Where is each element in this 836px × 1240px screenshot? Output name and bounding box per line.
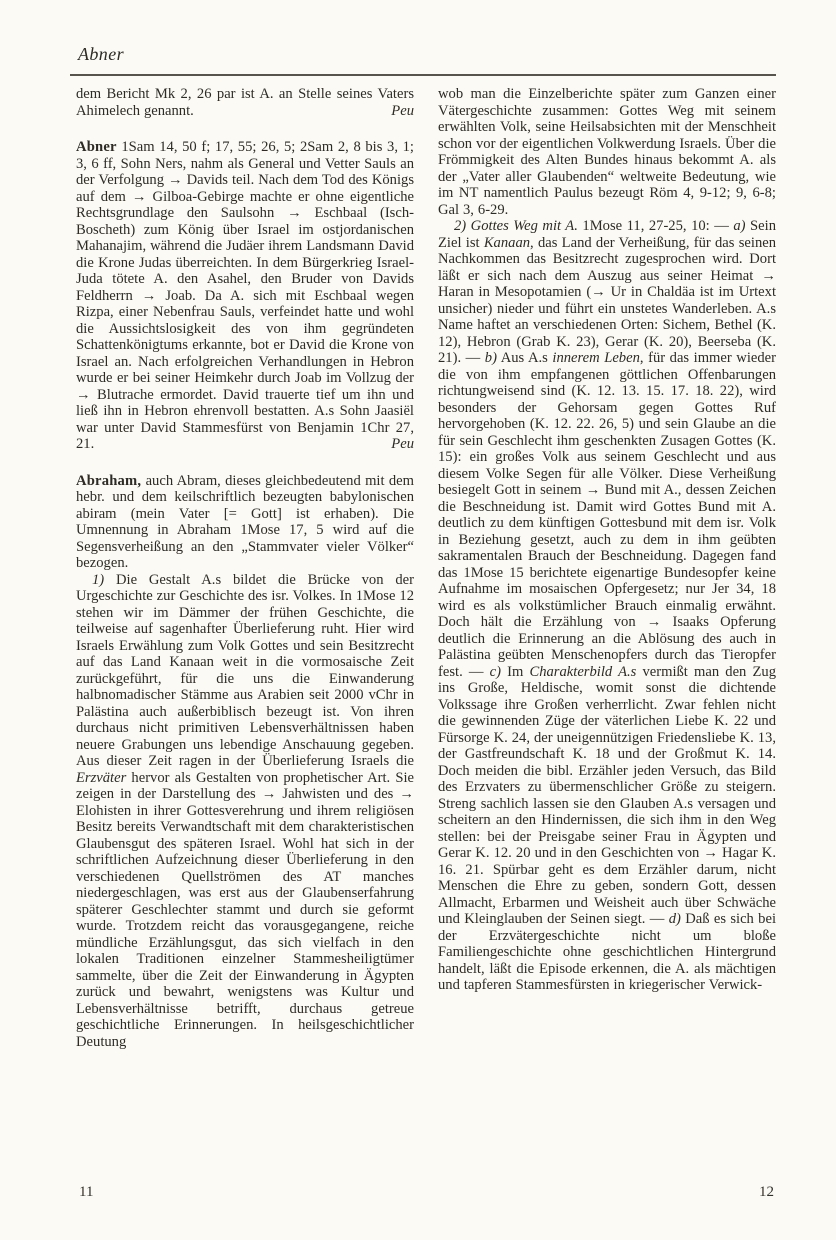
entry-abner-paragraph: Abner 1Sam 14, 50 f; 17, 55; 26, 5; 2Sam… <box>76 139 414 453</box>
text-segment: wob man die Einzelberichte später zum Ga… <box>438 86 776 218</box>
two-column-text-block: dem Bericht Mk 2, 26 par ist A. an Stell… <box>76 86 776 1050</box>
text-segment: Aus A.s <box>497 350 552 366</box>
text-segment: Erzväter <box>76 770 126 786</box>
right-column: wob man die Einzelberichte später zum Ga… <box>438 86 776 1050</box>
text-segment: Charakterbild A.s <box>529 664 636 680</box>
left-column: dem Bericht Mk 2, 26 par ist A. an Stell… <box>76 86 414 1050</box>
abraham-section-1-paragraph: 1) Die Gestalt A.s bildet die Brücke von… <box>76 572 414 1051</box>
text-segment: 1) <box>92 572 104 588</box>
text-segment: Im <box>501 664 530 680</box>
text-segment: , für das immer wieder die von ihm empfa… <box>438 350 776 680</box>
text-segment: d) <box>669 911 681 927</box>
entry-abraham-paragraph: Abraham, auch Abram, dieses gleichbedeut… <box>76 473 414 572</box>
book-page-scan: Abner dem Bericht Mk 2, 26 par ist A. an… <box>0 0 836 1240</box>
text-segment: innerem Leben <box>552 350 640 366</box>
text-segment: , das Land der Verheißung, für das seine… <box>438 235 776 367</box>
abraham-section-2-paragraph: 2) Gottes Weg mit A. 1Mose 11, 27-25, 10… <box>438 218 776 994</box>
abraham-continuation-paragraph: wob man die Einzelberichte später zum Ga… <box>438 86 776 218</box>
text-segment: c) <box>490 664 501 680</box>
text-segment: vermißt man den Zug ins Große, Heldische… <box>438 664 776 928</box>
text-segment: Die Gestalt A.s bildet die Brücke von de… <box>76 572 414 770</box>
abjathar-continuation-paragraph: dem Bericht Mk 2, 26 par ist A. an Stell… <box>76 86 414 119</box>
text-segment: dem Bericht Mk 2, 26 par ist A. an Stell… <box>76 86 414 119</box>
author-signature: Peu <box>381 103 414 120</box>
running-head: Abner <box>78 44 124 65</box>
headword-abraham: Abraham, <box>76 473 141 489</box>
text-segment: 1Sam 14, 50 f; 17, 55; 26, 5; 2Sam 2, 8 … <box>76 139 414 452</box>
text-segment: a) <box>733 218 745 234</box>
author-signature: Peu <box>381 436 414 453</box>
page-number-right: 12 <box>759 1184 774 1201</box>
header-rule <box>70 74 776 76</box>
text-segment: 1Mose 11, 27-25, 10: — <box>578 218 733 234</box>
text-segment: hervor als Gestalten von prophetischer A… <box>76 770 414 1050</box>
text-segment: Kanaan <box>484 235 530 251</box>
page-number-left: 11 <box>79 1184 93 1201</box>
text-segment: b) <box>485 350 497 366</box>
text-segment: 2) Gottes Weg mit A. <box>454 218 578 234</box>
headword-abner: Abner <box>76 139 117 155</box>
